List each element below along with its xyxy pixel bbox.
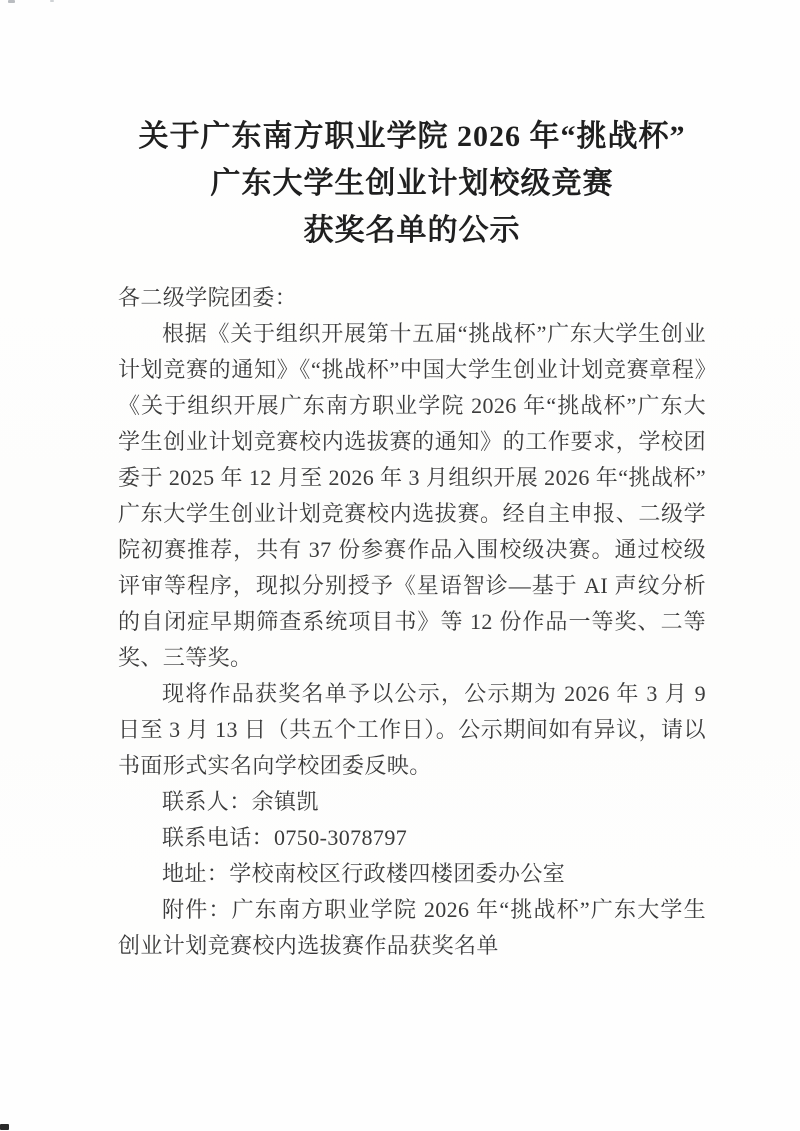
scanned-document-page: 关于广东南方职业学院 2026 年“挑战杯” 广东大学生创业计划校级竞赛 获奖名… bbox=[0, 0, 800, 1131]
title-line-1: 关于广东南方职业学院 2026 年“挑战杯” bbox=[118, 113, 706, 160]
body-paragraph-2: 现将作品获奖名单予以公示，公示期为 2026 年 3 月 9 日至 3 月 13… bbox=[118, 676, 706, 784]
title-line-2: 广东大学生创业计划校级竞赛 bbox=[118, 160, 706, 207]
document-body: 各二级学院团委： 根据《关于组织开展第十五届“挑战杯”广东大学生创业计划竞赛的通… bbox=[118, 280, 706, 964]
contact-address-line: 地址：学校南校区行政楼四楼团委办公室 bbox=[118, 856, 706, 892]
title-line-3: 获奖名单的公示 bbox=[118, 207, 706, 254]
document-title: 关于广东南方职业学院 2026 年“挑战杯” 广东大学生创业计划校级竞赛 获奖名… bbox=[118, 113, 706, 254]
contact-phone-line: 联系电话：0750-3078797 bbox=[118, 820, 706, 856]
scan-artifact-speck bbox=[50, 0, 54, 2]
attachment-line: 附件：广东南方职业学院 2026 年“挑战杯”广东大学生创业计划竞赛校内选拔赛作… bbox=[118, 892, 706, 964]
body-paragraph-1: 根据《关于组织开展第十五届“挑战杯”广东大学生创业计划竞赛的通知》《“挑战杯”中… bbox=[118, 316, 706, 676]
scan-artifact-speck bbox=[8, 0, 15, 3]
scan-artifact-mark bbox=[0, 1124, 9, 1130]
salutation-line: 各二级学院团委： bbox=[118, 280, 706, 316]
document-content: 关于广东南方职业学院 2026 年“挑战杯” 广东大学生创业计划校级竞赛 获奖名… bbox=[118, 113, 706, 964]
contact-person-line: 联系人：余镇凯 bbox=[118, 784, 706, 820]
